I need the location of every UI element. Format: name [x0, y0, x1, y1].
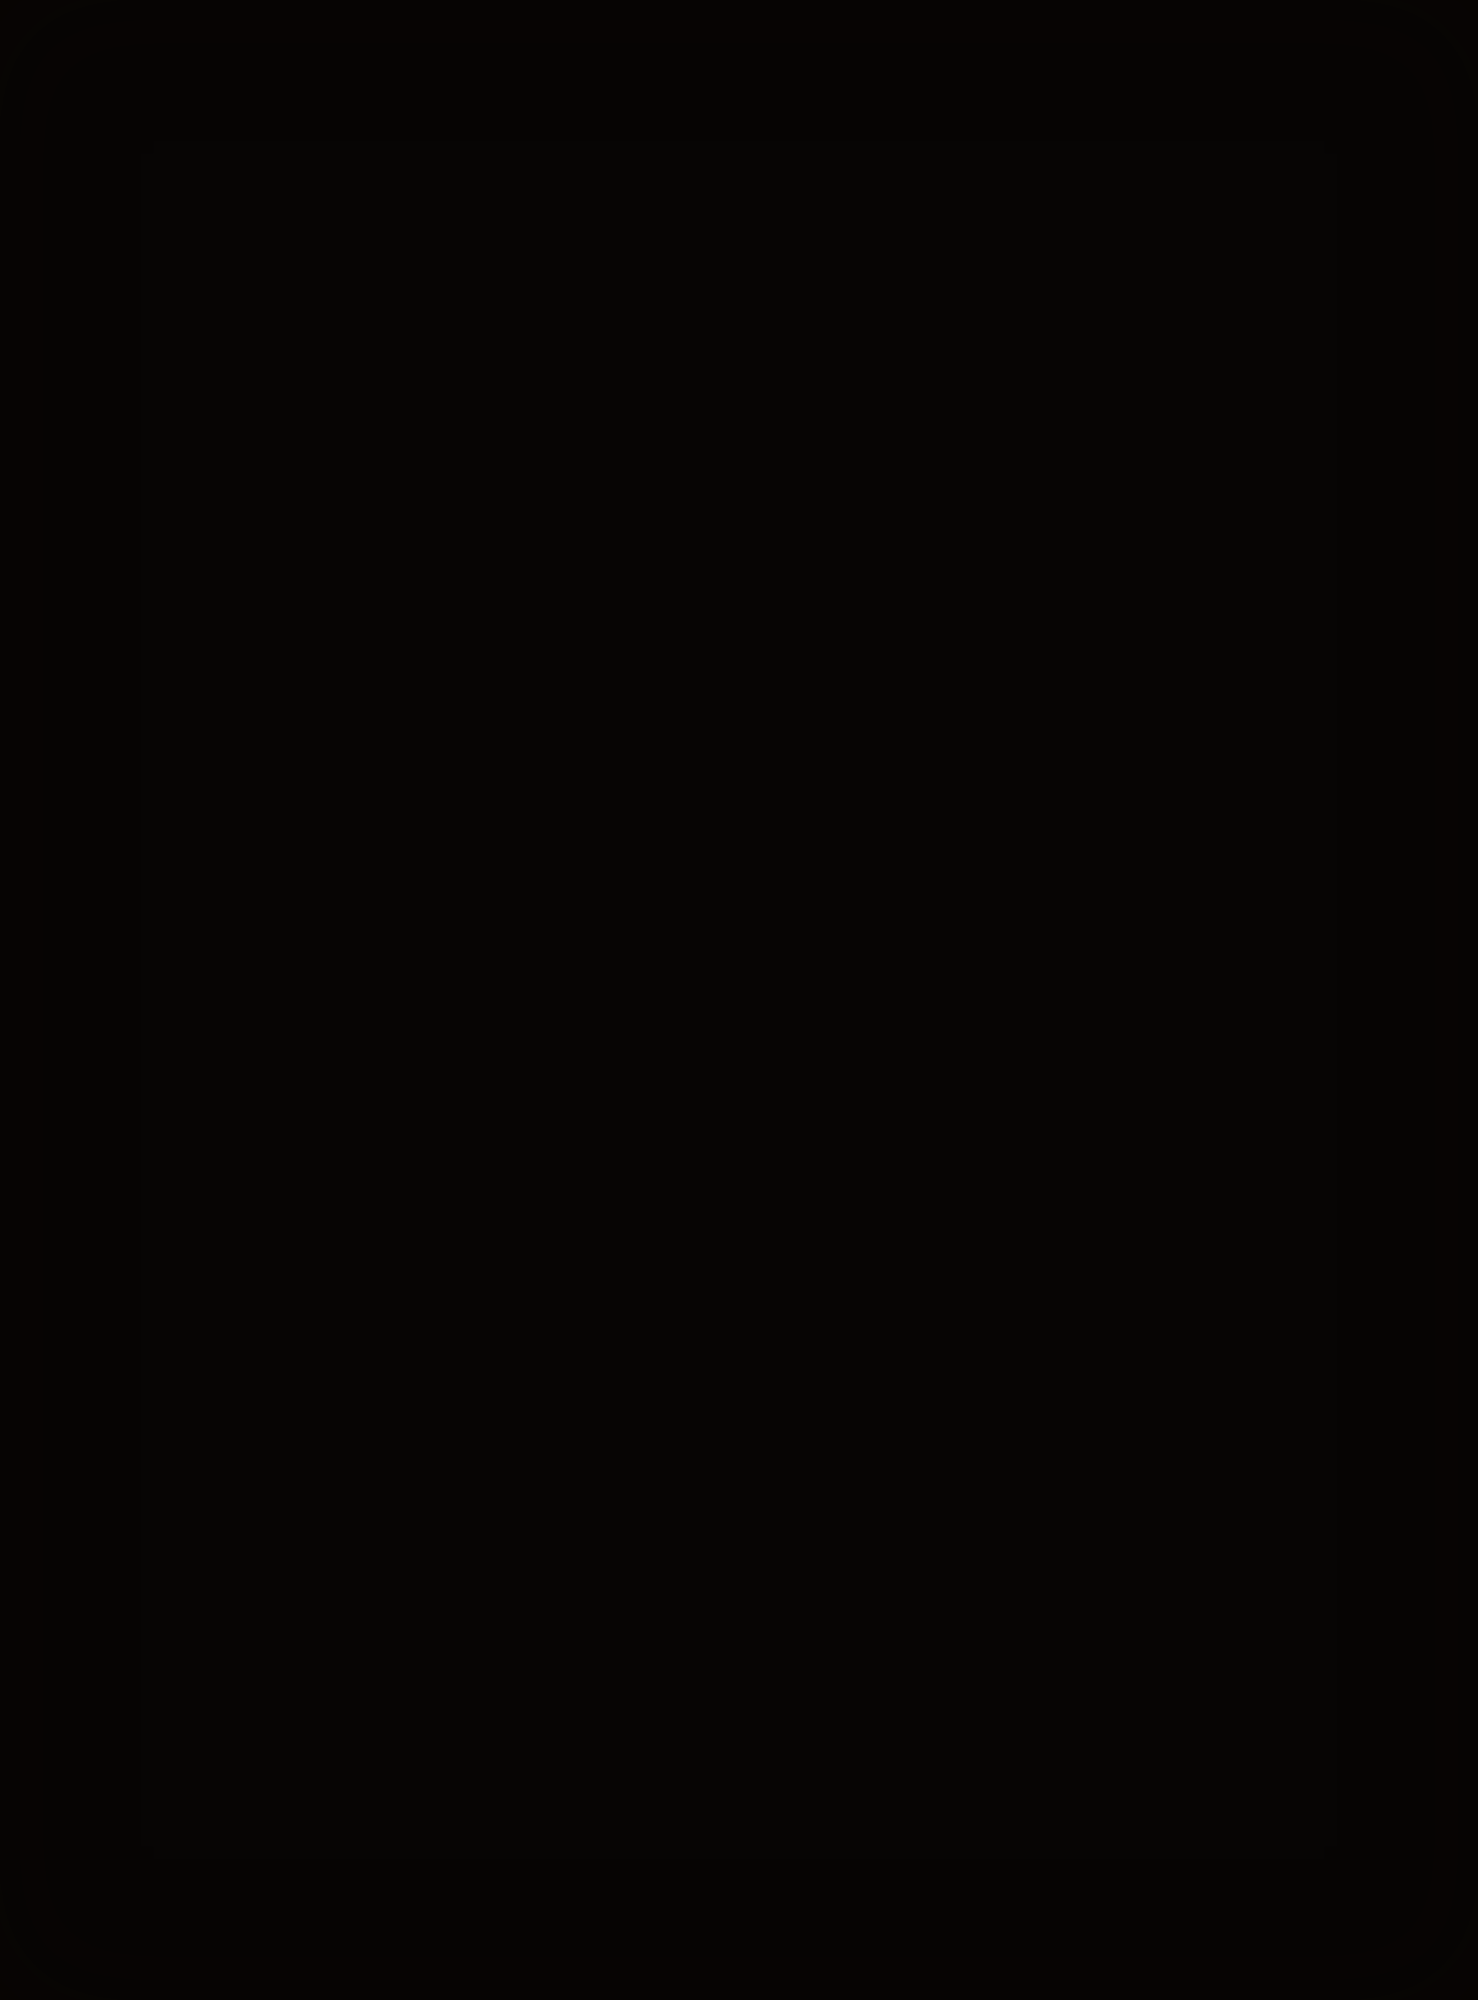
facing-page-fragment: Ma. L	[1420, 971, 1478, 1022]
manuscript-photo: y dos del corriente á la una de la noche…	[0, 0, 1478, 2000]
facing-page-fragment: Jos	[1421, 788, 1478, 833]
facing-page-text-layer: Jos Juan Ma. L	[0, 0, 1478, 2000]
facing-page-fragment: Juan	[1407, 899, 1478, 949]
